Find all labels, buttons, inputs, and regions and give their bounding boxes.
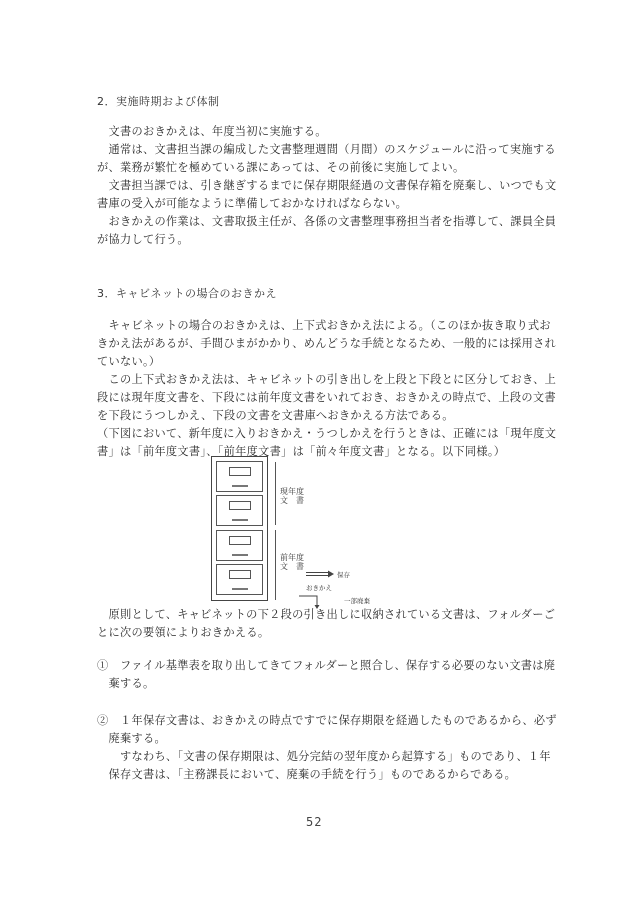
upper-bracket (275, 462, 276, 525)
paragraph-line: 文書のおきかえは、年度当初に実施する。 (97, 123, 557, 141)
section-3-body: キャビネットの場合のおきかえは、上下式おきかえ法による。（このほか抜き取り式お … (97, 317, 556, 461)
paragraph-line: を下段にうつしかえ、下段の文書を文書庫へおきかえる方法である。 (97, 407, 556, 425)
paragraph-line: （下図において、新年度に入りおきかえ・うつしかえを行うときは、正確には「現年度文 (97, 425, 556, 443)
after-diagram-body: 原則として、キャビネットの下２段の引き出しに収納されている文書は、フォルダーご … (97, 606, 555, 642)
drawer-3 (216, 530, 263, 561)
list-item-line: ① ファイル基準表を取り出してきてフォルダーと照合し、保存する必要のない文書は廃 (97, 657, 555, 675)
section-2-body: 文書のおきかえは、年度当初に実施する。 通常は、文書担当課の編成した文書整理週間… (97, 123, 557, 249)
list-item-line: 保存文書は、「主務課長において、廃棄の手続を行う」ものであるからである。 (97, 766, 557, 784)
drawer-handle-icon (229, 467, 251, 476)
drawer-1 (216, 461, 263, 492)
drawer-handle-icon (229, 536, 251, 545)
paragraph-line: 通常は、文書担当課の編成した文書整理週間（月間）のスケジュールに沿って実施する (97, 141, 557, 159)
label-slot-icon (232, 519, 248, 521)
paragraph-line: 書」は「前年度文書」、「前年度文書」は「前々年度文書」となる。以下同様。） (97, 443, 556, 461)
paragraph-line: きかえ法があるが、手間ひまがかかり、めんどうな手続となるため、一般的には採用され (97, 335, 556, 353)
paragraph-line: が、業務が繁忙を極めている課にあっては、その前後に実施してよい。 (97, 159, 557, 177)
paragraph-line: 段には現年度文書を、下段には前年度文書をいれておき、おきかえの時点で、上段の文書 (97, 389, 556, 407)
label-slot-icon (232, 485, 248, 487)
cabinet-frame (211, 456, 268, 601)
lower-bracket (275, 530, 276, 600)
list-item-line: ② １年保存文書は、おきかえの時点ですでに保存期限を経過したものであるから、必ず (97, 712, 557, 730)
list-item-1: ① ファイル基準表を取り出してきてフォルダーと照合し、保存する必要のない文書は廃… (97, 657, 555, 693)
paragraph-line: 文書担当課では、引き継ぎするまでに保存期限経過の文書保存箱を廃棄し、いつでも文 (97, 177, 557, 195)
list-item-2: ② １年保存文書は、おきかえの時点ですでに保存期限を経過したものであるから、必ず… (97, 712, 557, 784)
paragraph-line: 原則として、キャビネットの下２段の引き出しに収納されている文書は、フォルダーご (97, 606, 555, 624)
double-arrow-icon (305, 570, 335, 578)
drawer-4 (216, 564, 263, 595)
upper-label: 現年度 文 書 (280, 487, 304, 505)
drawer-handle-icon (229, 501, 251, 510)
paragraph-line: とに次の要領によりおきかえる。 (97, 624, 555, 642)
paragraph-line: が協力して行う。 (97, 231, 557, 249)
drawer-handle-icon (229, 570, 251, 579)
list-item-line: すなわち、「文書の保存期限は、処分完結の翌年度から起算する」ものであり、１年 (97, 748, 557, 766)
page-number: 52 (306, 815, 322, 829)
list-item-line: 廃棄する。 (97, 730, 557, 748)
section-3-heading: 3．キャビネットの場合のおきかえ (97, 285, 277, 301)
okikae-label: おきかえ (306, 583, 332, 592)
paragraph-line: この上下式おきかえ法は、キャビネットの引き出しを上段と下段とに区分しておき、上 (97, 371, 556, 389)
label-slot-icon (232, 588, 248, 590)
dispose-label: 一部廃棄 (344, 596, 370, 605)
lower-label: 前年度 文 書 (280, 553, 304, 571)
section-2-heading: 2．実施時期および体制 (97, 93, 220, 109)
paragraph-line: キャビネットの場合のおきかえは、上下式おきかえ法による。（このほか抜き取り式お (97, 317, 556, 335)
paragraph-line: ていない。） (97, 353, 556, 371)
paragraph-line: 書庫の受入が可能なように準備しておかなければならない。 (97, 195, 557, 213)
paragraph-line: おきかえの作業は、文書取扱主任が、各係の文書整理事務担当者を指導して、課員全員 (97, 213, 557, 231)
preserve-label: 保存 (337, 570, 350, 579)
label-slot-icon (232, 554, 248, 556)
drawer-2 (216, 495, 263, 526)
list-item-line: 棄する。 (97, 675, 555, 693)
